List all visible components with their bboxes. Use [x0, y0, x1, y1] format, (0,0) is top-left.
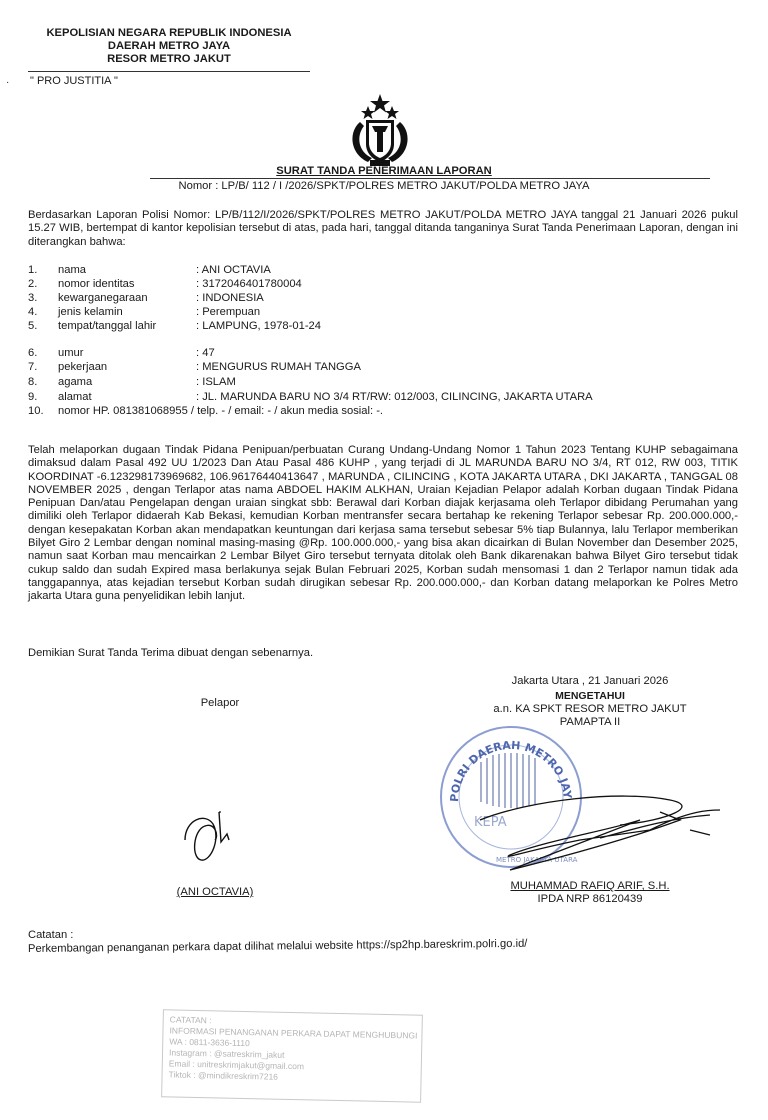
letterhead-line-3: RESOR METRO JAKUT [28, 53, 310, 66]
letterhead-line-1: KEPOLISIAN NEGARA REPUBLIK INDONESIA [28, 27, 310, 40]
letterhead: KEPOLISIAN NEGARA REPUBLIK INDONESIA DAE… [28, 27, 310, 66]
officer-signature-icon [470, 760, 750, 880]
title-divider [150, 178, 710, 179]
contact-stamp-note: CATATAN : INFORMASI PENANGANAN PERKARA D… [161, 1009, 423, 1102]
document-title: SURAT TANDA PENERIMAAN LAPORAN [0, 165, 768, 177]
pro-justitia: " PRO JUSTITIA " [30, 75, 118, 87]
officer-name: MUHAMMAD RAFIQ ARIF, S.H. [470, 880, 710, 892]
mengetahui-label: MENGETAHUI [440, 690, 740, 702]
margin-dot: · [6, 77, 9, 88]
closing-statement: Demikian Surat Tanda Terima dibuat denga… [28, 647, 738, 660]
polri-emblem-icon [338, 92, 422, 170]
officer-rank: IPDA NRP 86120439 [470, 893, 710, 905]
pelapor-label: Pelapor [180, 697, 260, 709]
note-label: Catatan : [28, 929, 73, 941]
intro-paragraph: Berdasarkan Laporan Polisi Nomor: LP/B/1… [28, 209, 738, 249]
pelapor-signature-icon [175, 790, 255, 870]
place-date: Jakarta Utara , 21 Januari 2026 [440, 675, 740, 687]
note-text: Perkembangan penanganan perkara dapat di… [28, 938, 527, 955]
letterhead-line-2: DAERAH METRO JAYA [28, 40, 310, 53]
pelapor-name: (ANI OCTAVIA) [160, 886, 270, 898]
an-label: a.n. KA SPKT RESOR METRO JAKUT [440, 703, 740, 715]
letterhead-divider [28, 71, 310, 72]
document-number: Nomor : LP/B/ 112 / I /2026/SPKT/POLRES … [0, 180, 768, 192]
report-body: Telah melaporkan dugaan Tindak Pidana Pe… [28, 444, 738, 604]
